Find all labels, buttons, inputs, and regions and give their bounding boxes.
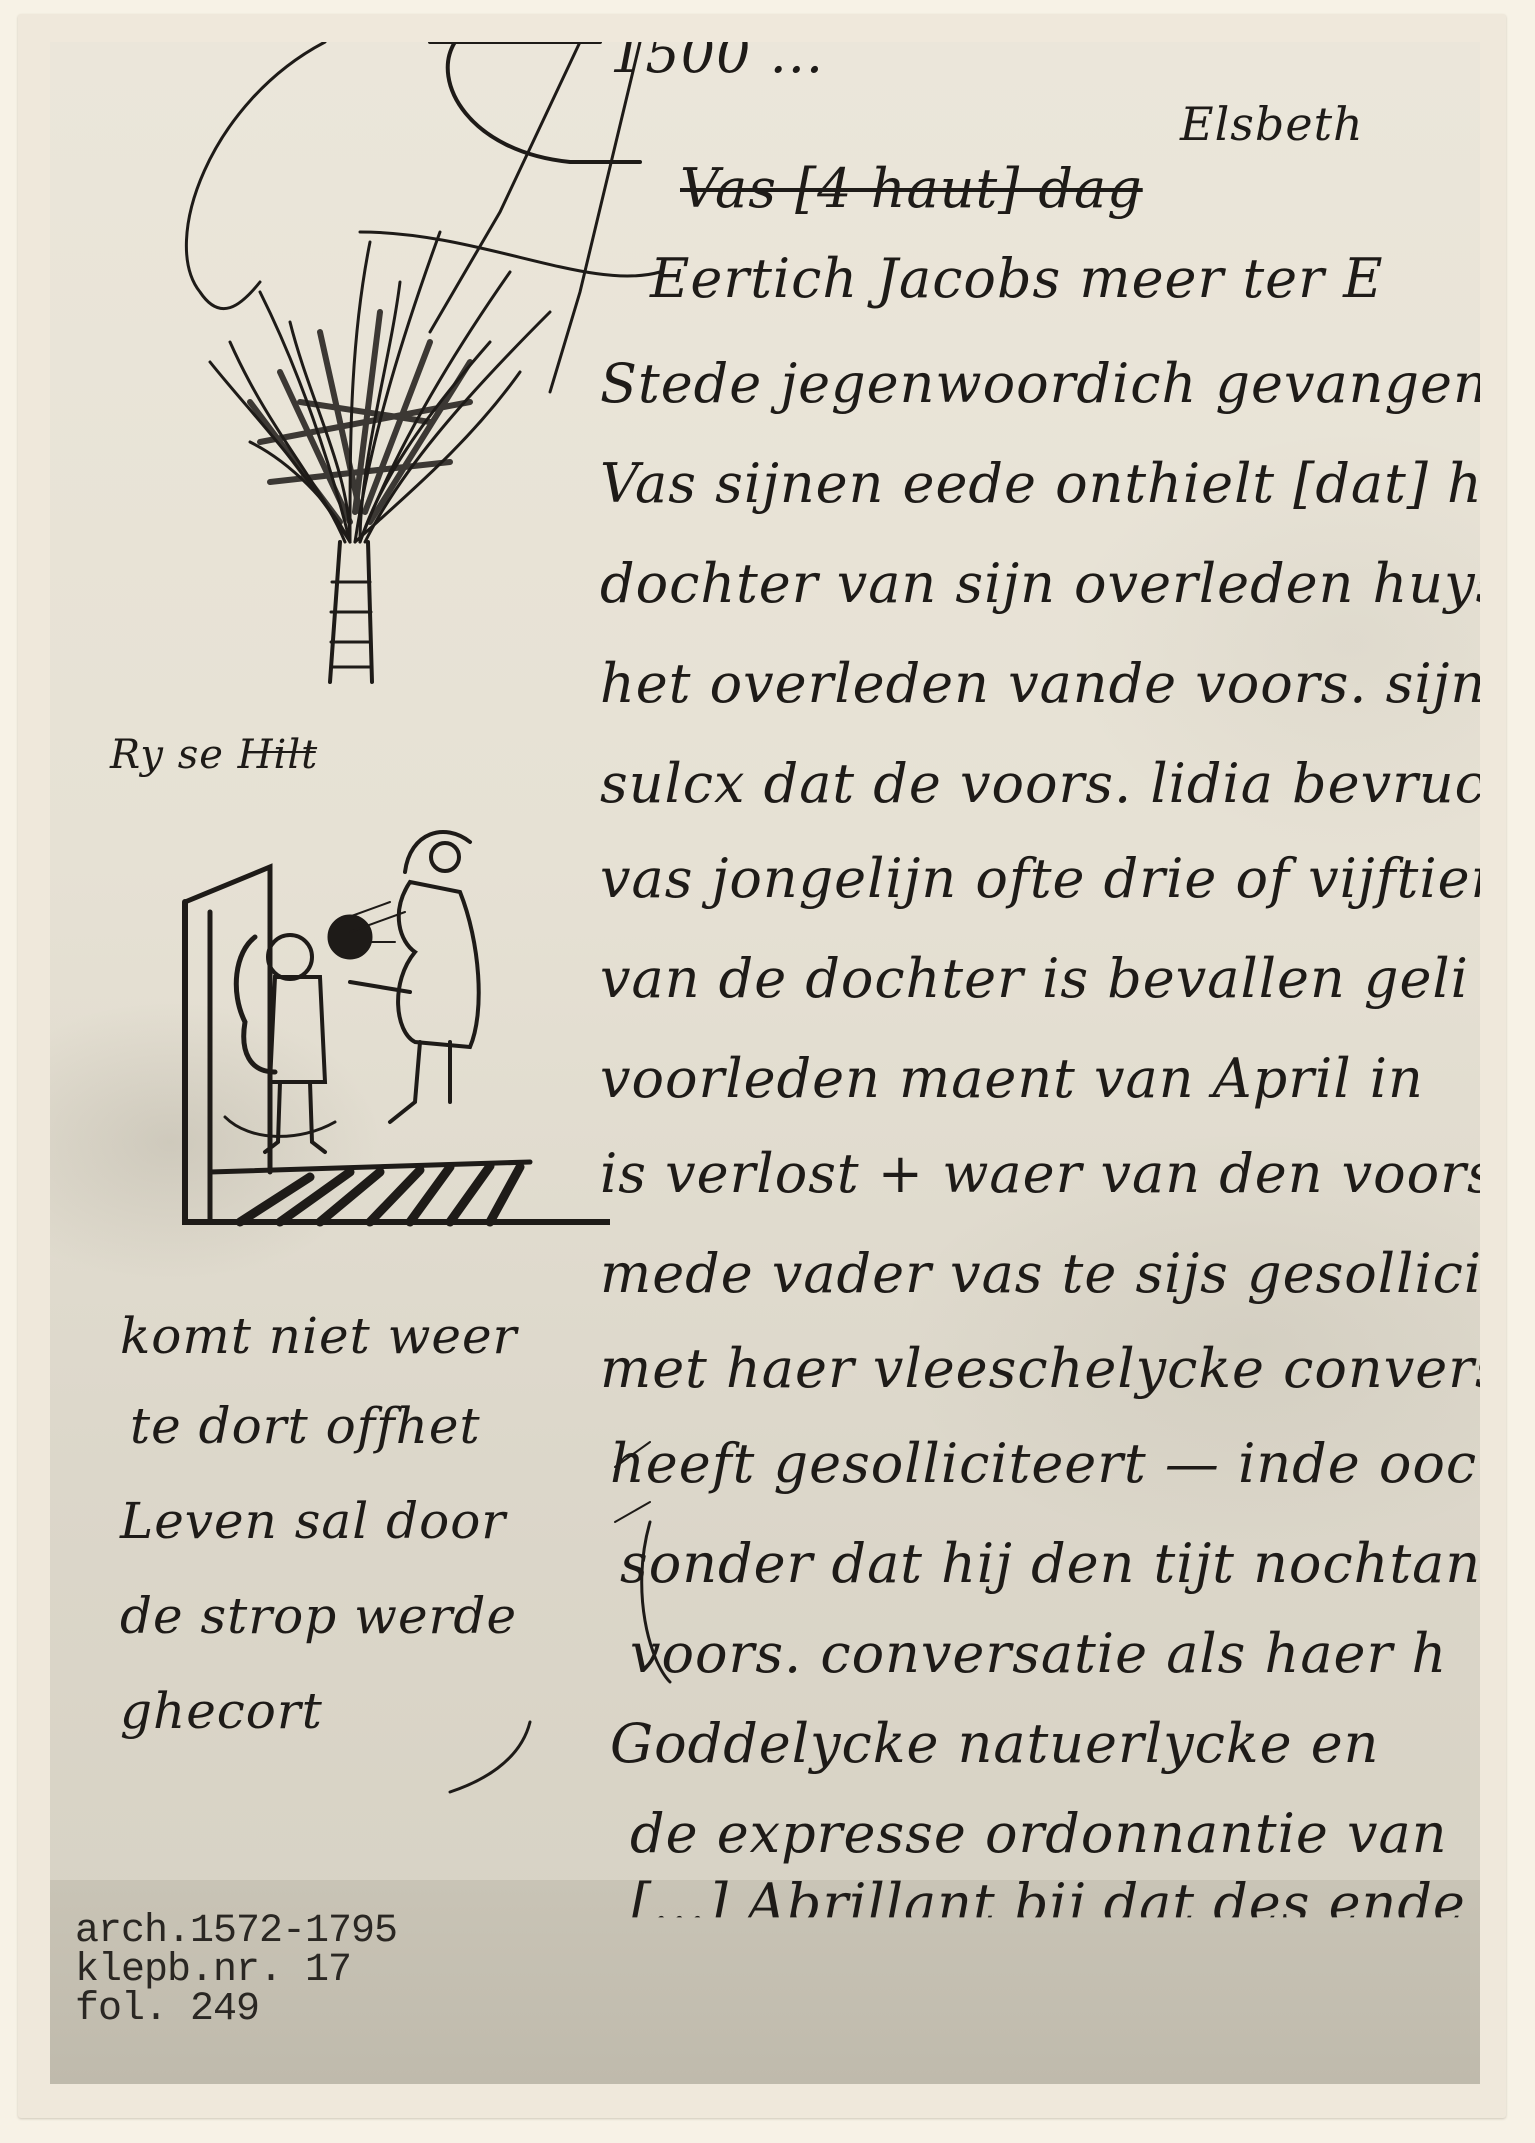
main-line-16: voors. conversatie als haer h	[630, 1622, 1447, 1685]
margin-note-5: ghecort	[120, 1682, 323, 1740]
main-line-15: sonder dat hij den tijt nochtans	[620, 1532, 1480, 1595]
archive-volume: klepb.nr. 17	[75, 1951, 397, 1990]
struck-phrase: Vas [4 haut] dag	[680, 157, 1143, 220]
header-right: Elsbeth	[1180, 97, 1364, 151]
main-line-8: vas jongelijn ofte drie of vijftien	[600, 847, 1480, 910]
margin-note-1: komt niet weer	[120, 1307, 517, 1365]
main-line-3: Stede jegenwoordich gevangen	[600, 352, 1480, 415]
archive-label: arch.1572-1795 klepb.nr. 17 fol. 249	[75, 1912, 397, 2029]
main-line-4: Vas sijnen eede onthielt [dat] hoe	[600, 452, 1480, 515]
archive-collection: arch.1572-1795	[75, 1912, 397, 1951]
margin-note-3: Leven sal door	[120, 1492, 506, 1550]
main-line-17: Goddelycke natuerlycke en	[610, 1712, 1379, 1775]
main-line-11: is verlost + waer van den voors.	[600, 1142, 1480, 1205]
main-line-10: voorleden maent van April in	[600, 1047, 1424, 1110]
archive-folio: fol. 249	[75, 1990, 397, 2029]
main-line-18: de expresse ordonnantie van	[630, 1802, 1448, 1865]
main-line-14: heeft gesolliciteert — inde ooc	[610, 1432, 1477, 1495]
main-line-13: met haer vleeschelycke conversatie	[600, 1337, 1480, 1400]
sketch-label: Ry se Hilt	[110, 732, 318, 778]
main-line-12: mede vader vas te sijs gesollicitet	[600, 1242, 1480, 1305]
main-line-6: het overleden vande voors. sijn huysvr	[600, 652, 1480, 715]
manuscript-photo: 1500 ... Elsbeth Vas [4 haut] dag Eertic…	[50, 42, 1480, 2084]
margin-note-2: te dort offhet	[130, 1397, 481, 1455]
main-line-2: Eertich Jacobs meer ter E	[650, 247, 1384, 310]
main-line-9: van de dochter is bevallen geli	[600, 947, 1469, 1010]
main-line-5: dochter van sijn overleden huysvrou	[600, 552, 1480, 615]
header-fragment: 1500 ...	[610, 42, 824, 85]
main-line-7: sulcx dat de voors. lidia bevrucht	[600, 752, 1480, 815]
margin-note-4: de strop werde	[120, 1587, 517, 1645]
main-line-1: Vas [4 haut] dag	[680, 157, 1143, 220]
